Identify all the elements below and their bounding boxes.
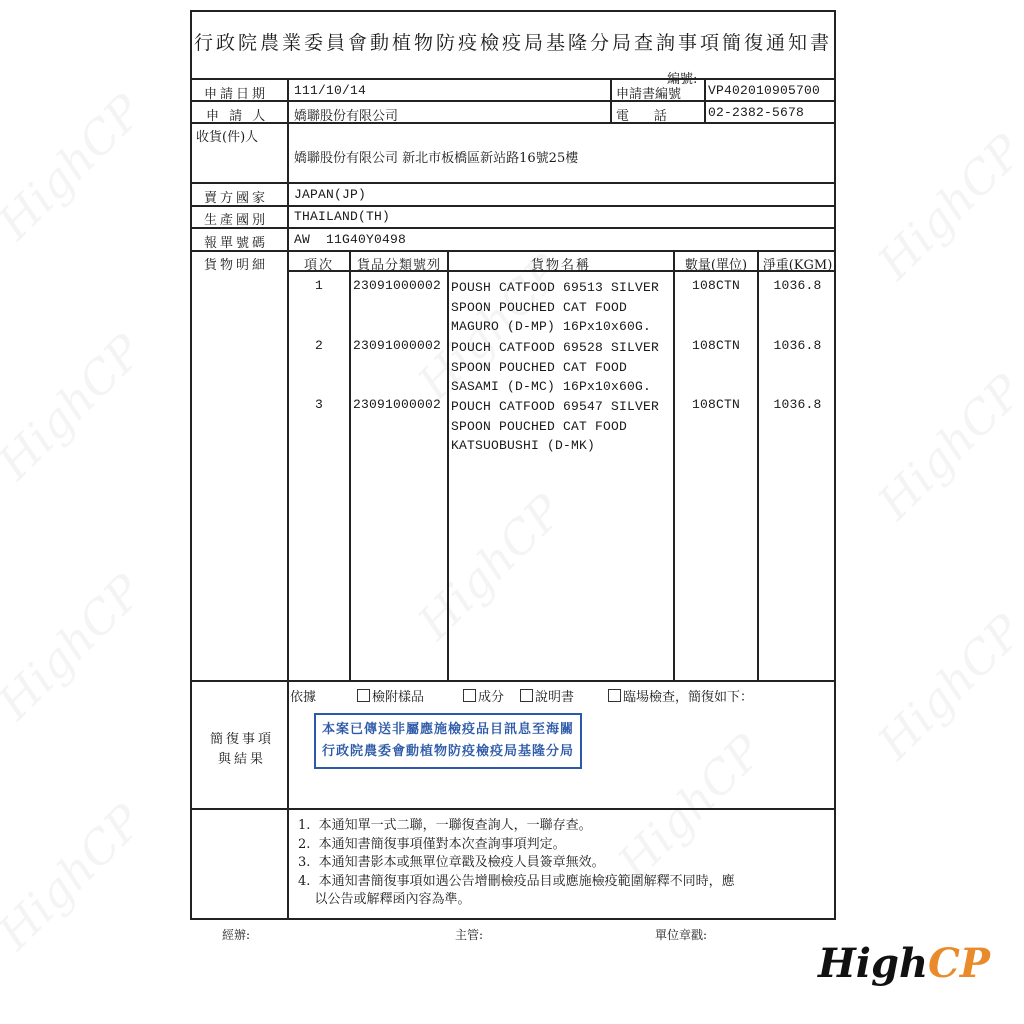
phone-label: 電 話 [616,105,667,124]
seller-country-value: JAPAN(JP) [294,187,366,202]
goods-label: 貨物明細 [204,254,268,273]
phone-value: 02-2382-5678 [708,105,804,120]
notes-list: 1. 本通知單一式二聯，一聯復查詢人，一聯存查。 2. 本通知書簡復事項僅對本次… [298,817,735,910]
note-item: 1. 本通知單一式二聯，一聯復查詢人，一聯存查。 [298,817,735,836]
supervisor-signature-label: 主管: [455,926,483,943]
goods-row-weight: 1036.8 [759,338,836,353]
basis-label: 依據 [290,686,316,705]
watermark: HighCP [0,84,153,249]
result-label-line2: 與結果 [218,748,266,767]
col-header-name: 貨物名稱 [449,254,673,273]
notification-form: 行政院農業委員會動植物防疫檢疫局基隆分局查詢事項簡復通知書 編號: 申請日期 1… [190,10,836,920]
result-label-line1: 簡復事項 [210,728,274,747]
handler-signature-label: 經辦: [222,926,250,943]
consignee-value: 嬌聯股份有限公司 新北市板橋區新站路16號25樓 [294,147,578,166]
checkbox-icon[interactable] [463,689,476,702]
option-manual[interactable]: 說明書 [520,686,574,705]
checkbox-icon[interactable] [520,689,533,702]
seller-country-label: 賣方國家 [204,187,268,206]
logo-accent: CP [928,940,990,987]
goods-row-code: 23091000002 [353,338,441,353]
option-sample[interactable]: 檢附樣品 [357,686,424,705]
col-header-qty: 數量(單位) [675,254,757,273]
watermark: HighCP [0,794,153,959]
unit-seal-label: 單位章戳: [655,926,707,943]
note-item: 以公告或解釋函內容為準。 [298,891,735,910]
goods-row-no: 1 [289,278,349,293]
origin-country-label: 生產國別 [204,209,268,228]
applicant-value: 嬌聯股份有限公司 [294,105,398,124]
option-ingredients[interactable]: 成分 [463,686,504,705]
watermark: HighCP [867,124,1024,289]
application-no-value: VP402010905700 [708,83,820,98]
application-no-label: 申請書編號 [616,83,681,102]
goods-row-weight: 1036.8 [759,397,836,412]
watermark: HighCP [0,564,153,729]
goods-row-qty: 108CTN [675,338,757,353]
option-onsite-inspection[interactable]: 臨場檢查，簡復如下： [608,686,753,705]
goods-row-no: 2 [289,338,349,353]
applicant-label: 申 請 人 [206,105,268,124]
goods-row-name: POUCH CATFOOD 69528 SILVER SPOON POUCHED… [451,338,659,397]
col-header-code: 貨品分類號列 [351,254,447,273]
goods-row-code: 23091000002 [353,397,441,412]
goods-row-name: POUCH CATFOOD 69547 SILVER SPOON POUCHED… [451,397,659,456]
note-item: 3. 本通知書影本或無單位章戳及檢疫人員簽章無效。 [298,854,735,873]
goods-row-qty: 108CTN [675,278,757,293]
brand-logo: HighCP [818,940,990,987]
goods-row-weight: 1036.8 [759,278,836,293]
consignee-label: 收貨(件)人 [196,126,258,145]
watermark: HighCP [0,324,153,489]
stamp-line2: 行政院農委會動植物防疫檢疫局基隆分局 [322,741,574,763]
stamp-line1: 本案已傳送非屬應施檢疫品目訊息至海關 [322,719,574,741]
col-header-no: 項次 [289,254,349,273]
declaration-no-label: 報單號碼 [204,232,268,251]
goods-row-qty: 108CTN [675,397,757,412]
watermark: HighCP [867,604,1024,769]
goods-row-code: 23091000002 [353,278,441,293]
goods-row-name: POUSH CATFOOD 69513 SILVER SPOON POUCHED… [451,278,659,337]
col-header-weight: 淨重(KGM) [759,254,836,273]
note-item: 4. 本通知書簡復事項如遇公告增刪檢疫品目或應施檢疫範圍解釋不同時，應 [298,873,735,892]
origin-country-value: THAILAND(TH) [294,209,390,224]
official-stamp: 本案已傳送非屬應施檢疫品目訊息至海關 行政院農委會動植物防疫檢疫局基隆分局 [314,713,582,769]
note-item: 2. 本通知書簡復事項僅對本次查詢事項判定。 [298,836,735,855]
goods-row-no: 3 [289,397,349,412]
checkbox-icon[interactable] [357,689,370,702]
apply-date-value: 111/10/14 [294,83,366,98]
checkbox-icon[interactable] [608,689,621,702]
apply-date-label: 申請日期 [204,83,268,102]
declaration-no-value: AW 11G40Y0498 [294,232,406,247]
form-title: 行政院農業委員會動植物防疫檢疫局基隆分局查詢事項簡復通知書 [192,28,834,55]
watermark: HighCP [867,364,1024,529]
